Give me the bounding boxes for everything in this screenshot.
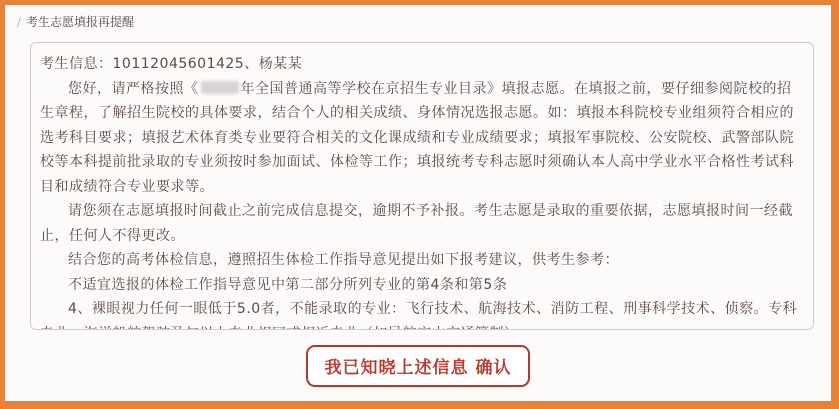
reminder-dialog: / 考生志愿填报再提醒 考生信息：10112045601425、杨某某 您好，请… (0, 0, 839, 409)
notice-paragraph-physical-exam: 结合您的高考体检信息，遵照招生体检工作指导意见提出如下报考建议，供考生参考： (40, 248, 803, 273)
button-row: 我已知晓上述信息 确认 (5, 345, 831, 387)
dialog-titlebar: / 考生志愿填报再提醒 (5, 5, 831, 30)
notice-item-4: 4、裸眼视力任何一眼低于5.0者，不能录取的专业：飞行技术、航海技术、消防工程、… (40, 297, 803, 330)
notice-paragraph-intro: 您好，请严格按照《年全国普通高等学校在京招生专业目录》填报志愿。在填报之前，要仔… (40, 77, 803, 200)
candidate-info-label: 考生信息： (40, 56, 113, 72)
candidate-name: 杨某某 (259, 56, 303, 72)
candidate-info-line: 考生信息：10112045601425、杨某某 (40, 52, 803, 77)
intro-text-before-redaction: 您好，请严格按照《 (68, 81, 199, 97)
candidate-id: 10112045601425 (113, 56, 245, 72)
notice-panel: 考生信息：10112045601425、杨某某 您好，请严格按照《年全国普通高等… (30, 42, 814, 330)
intro-text-after-redaction: 年全国普通高等学校在京招生专业目录》填报志愿。在填报之前，要仔细参阅院校的招生章… (40, 81, 794, 195)
page-title: 考生志愿填报再提醒 (26, 13, 134, 30)
redacted-year (201, 81, 239, 94)
confirm-button[interactable]: 我已知晓上述信息 确认 (306, 345, 531, 387)
notice-paragraph-unsuitable-ref: 不适宜选报的体检工作指导意见中第二部分所列专业的第4条和第5条 (40, 273, 803, 298)
notice-paragraph-deadline: 请您须在志愿填报时间截止之前完成信息提交，逾期不予补报。考生志愿是录取的重要依据… (40, 199, 803, 248)
title-slash-mark: / (17, 15, 21, 29)
candidate-separator: 、 (244, 56, 259, 72)
